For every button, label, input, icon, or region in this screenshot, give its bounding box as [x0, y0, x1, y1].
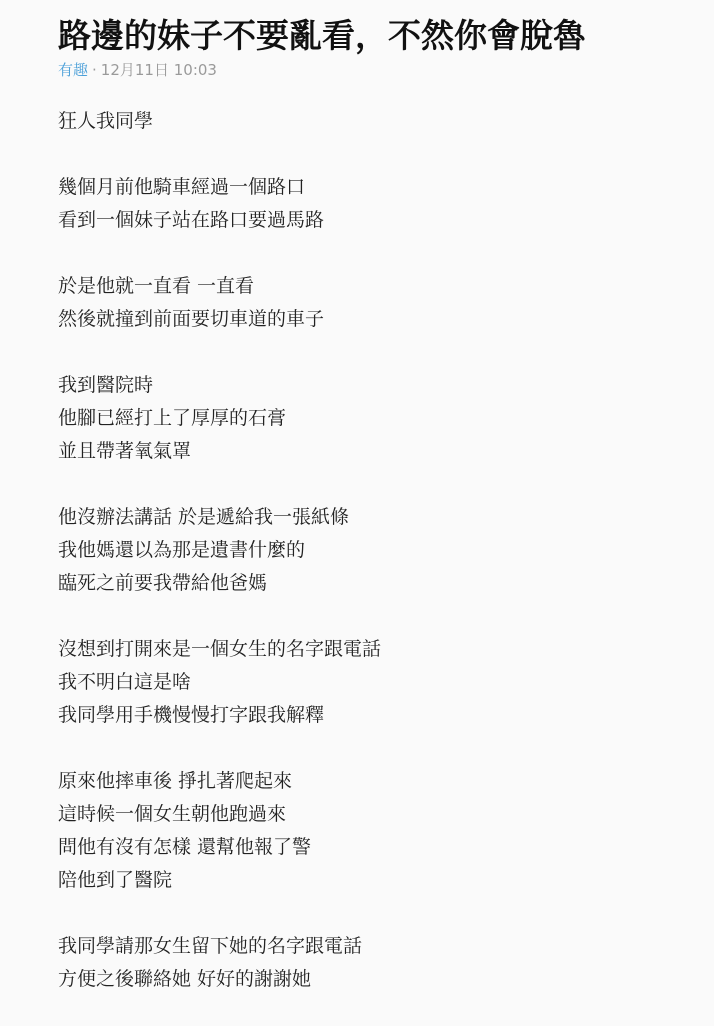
article-title: 路邊的妹子不要亂看，不然你會脫魯 — [58, 0, 714, 58]
paragraph: 原來他摔車後 掙扎著爬起來 這時候一個女生朝他跑過來 問他有沒有怎樣 還幫他報了… — [58, 765, 714, 897]
text-line: 方便之後聯絡她 好好的謝謝她 — [58, 963, 714, 996]
text-line: 這時候一個女生朝他跑過來 — [58, 798, 714, 831]
publish-timestamp: 12月11日 10:03 — [101, 61, 217, 79]
article: 路邊的妹子不要亂看，不然你會脫魯 有趣·12月11日 10:03 狂人我同學 幾… — [0, 0, 714, 996]
text-line: 問他有沒有怎樣 還幫他報了警 — [58, 831, 714, 864]
text-line: 原來他摔車後 掙扎著爬起來 — [58, 765, 714, 798]
paragraph: 我同學請那女生留下她的名字跟電話 方便之後聯絡她 好好的謝謝她 — [58, 930, 714, 996]
text-line: 他沒辦法講話 於是遞給我一張紙條 — [58, 501, 714, 534]
text-line: 我不明白這是啥 — [58, 666, 714, 699]
text-line: 於是他就一直看 一直看 — [58, 270, 714, 303]
text-line: 我同學用手機慢慢打字跟我解釋 — [58, 699, 714, 732]
text-line: 沒想到打開來是一個女生的名字跟電話 — [58, 633, 714, 666]
paragraph: 幾個月前他騎車經過一個路口 看到一個妹子站在路口要過馬路 — [58, 171, 714, 237]
text-line: 我到醫院時 — [58, 369, 714, 402]
text-line: 我他媽還以為那是遺書什麼的 — [58, 534, 714, 567]
text-line: 臨死之前要我帶給他爸媽 — [58, 567, 714, 600]
paragraph: 沒想到打開來是一個女生的名字跟電話 我不明白這是啥 我同學用手機慢慢打字跟我解釋 — [58, 633, 714, 732]
text-line: 狂人我同學 — [58, 105, 714, 138]
article-meta: 有趣·12月11日 10:03 — [58, 60, 714, 80]
text-line: 看到一個妹子站在路口要過馬路 — [58, 204, 714, 237]
paragraph: 狂人我同學 — [58, 105, 714, 138]
paragraph: 於是他就一直看 一直看 然後就撞到前面要切車道的車子 — [58, 270, 714, 336]
text-line: 並且帶著氧氣罩 — [58, 435, 714, 468]
text-line: 幾個月前他騎車經過一個路口 — [58, 171, 714, 204]
text-line: 陪他到了醫院 — [58, 864, 714, 897]
text-line: 然後就撞到前面要切車道的車子 — [58, 303, 714, 336]
paragraph: 我到醫院時 他腳已經打上了厚厚的石膏 並且帶著氧氣罩 — [58, 369, 714, 468]
paragraph: 他沒辦法講話 於是遞給我一張紙條 我他媽還以為那是遺書什麼的 臨死之前要我帶給他… — [58, 501, 714, 600]
meta-separator: · — [92, 61, 97, 79]
text-line: 他腳已經打上了厚厚的石膏 — [58, 402, 714, 435]
category-link[interactable]: 有趣 — [58, 61, 88, 79]
article-body: 狂人我同學 幾個月前他騎車經過一個路口 看到一個妹子站在路口要過馬路 於是他就一… — [58, 105, 714, 996]
text-line: 我同學請那女生留下她的名字跟電話 — [58, 930, 714, 963]
